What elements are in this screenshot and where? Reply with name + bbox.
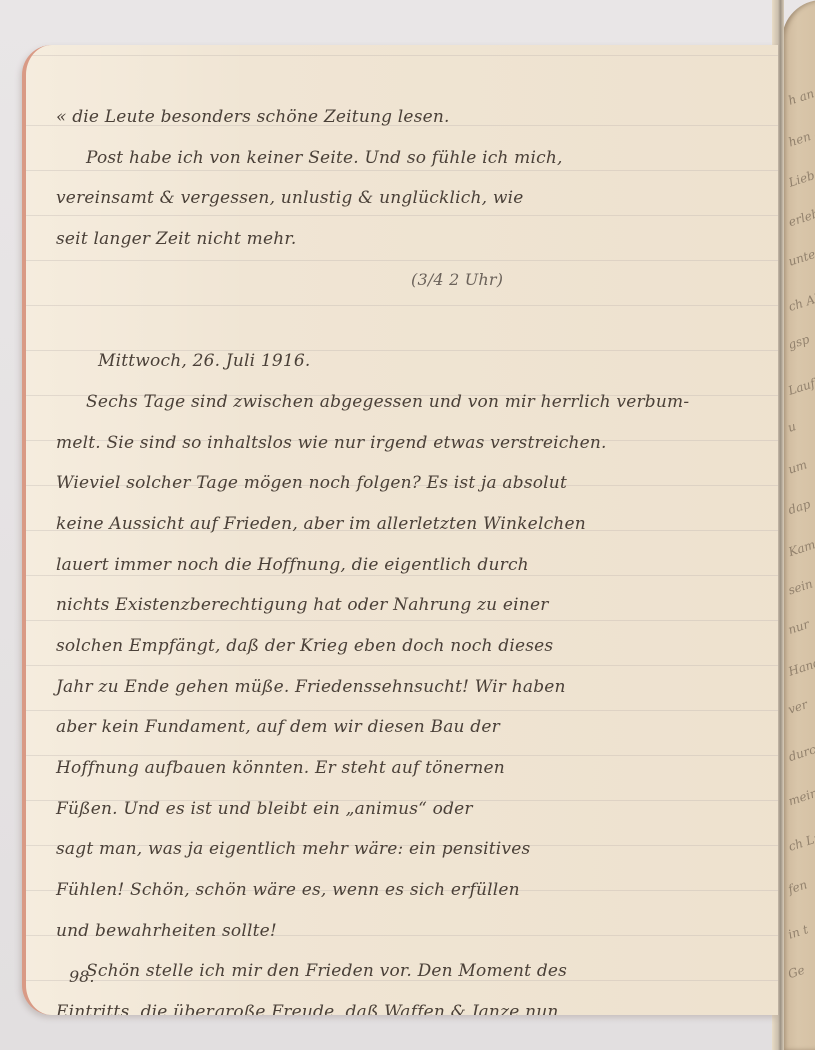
facing-fragment: durch [787, 740, 815, 764]
handwritten-text: « die Leute besonders schöne Zeitung les… [56, 97, 756, 1015]
text-line: Schön stelle ich mir den Frieden vor. De… [56, 951, 756, 992]
facing-page: h an hen al Lieber erlebt unter ch Ab gs… [782, 0, 815, 1050]
text-line: Sechs Tage sind zwischen abgegessen und … [56, 382, 756, 423]
scan-scene: h an hen al Lieber erlebt unter ch Ab gs… [0, 0, 815, 1050]
facing-fragment: mein [787, 786, 815, 809]
facing-fragment: nur [786, 617, 810, 637]
text-line: Eintritts, die übergroße Freude, daß Waf… [56, 992, 756, 1015]
text-line: und bewahrheiten sollte! [56, 911, 756, 952]
facing-fragment: ch Ab [787, 290, 815, 314]
facing-fragment: dap [786, 497, 812, 517]
text-line: Füßen. Und es ist und bleibt ein „animus… [56, 789, 756, 830]
text-line: nichts Existenzberechtigung hat oder Nah… [56, 585, 756, 626]
entry-date: Mittwoch, 26. Juli 1916. [56, 341, 756, 382]
facing-fragment: erlebt [787, 205, 815, 230]
text-line: lauert immer noch die Hoffnung, die eige… [56, 545, 756, 586]
text-line: Post habe ich von keiner Seite. Und so f… [56, 138, 756, 179]
text-line: sagt man, was ja eigentlich mehr wäre: e… [56, 829, 756, 870]
time-note: (3/4 2 Uhr) [56, 260, 756, 301]
text-line: keine Aussicht auf Frieden, aber im alle… [56, 504, 756, 545]
text-line: Jahr zu Ende gehen müße. Friedenssehnsuc… [56, 667, 756, 708]
text-line: Hoffnung aufbauen könnten. Er steht auf … [56, 748, 756, 789]
facing-fragment: ver [786, 697, 809, 716]
text-line: Wieviel solcher Tage mögen noch folgen? … [56, 463, 756, 504]
facing-fragment: Kamp [787, 535, 815, 559]
diary-page: « die Leute besonders schöne Zeitung les… [22, 45, 778, 1015]
text-line: solchen Empfängt, daß der Krieg eben doc… [56, 626, 756, 667]
text-line: Fühlen! Schön, schön wäre es, wenn es si… [56, 870, 756, 911]
text-line: « die Leute besonders schöne Zeitung les… [56, 97, 756, 138]
facing-fragment: h an [786, 86, 815, 107]
page-number: 98. [69, 967, 94, 986]
facing-fragment: Lauf [787, 376, 815, 398]
facing-fragment: unter [787, 245, 815, 269]
text-line: melt. Sie sind so inhaltslos wie nur irg… [56, 423, 756, 464]
text-line: aber kein Fundament, auf dem wir diesen … [56, 707, 756, 748]
facing-fragment: um [786, 457, 809, 476]
facing-fragment: ch Lu [787, 830, 815, 854]
facing-fragment: gsp [786, 332, 811, 352]
facing-fragment: sein [786, 577, 814, 598]
facing-fragment: Hand [787, 655, 815, 679]
facing-fragment: Ge [786, 963, 806, 981]
facing-fragment: hen al [787, 125, 815, 150]
text-line: vereinsamt & vergessen, unlustig & unglü… [56, 178, 756, 219]
facing-fragment: in t [786, 922, 810, 942]
facing-fragment: u [786, 419, 798, 435]
facing-fragment: fen [786, 877, 809, 896]
blank-line [56, 300, 756, 341]
text-line: seit langer Zeit nicht mehr. [56, 219, 756, 260]
facing-fragment: Lieber [787, 164, 815, 190]
